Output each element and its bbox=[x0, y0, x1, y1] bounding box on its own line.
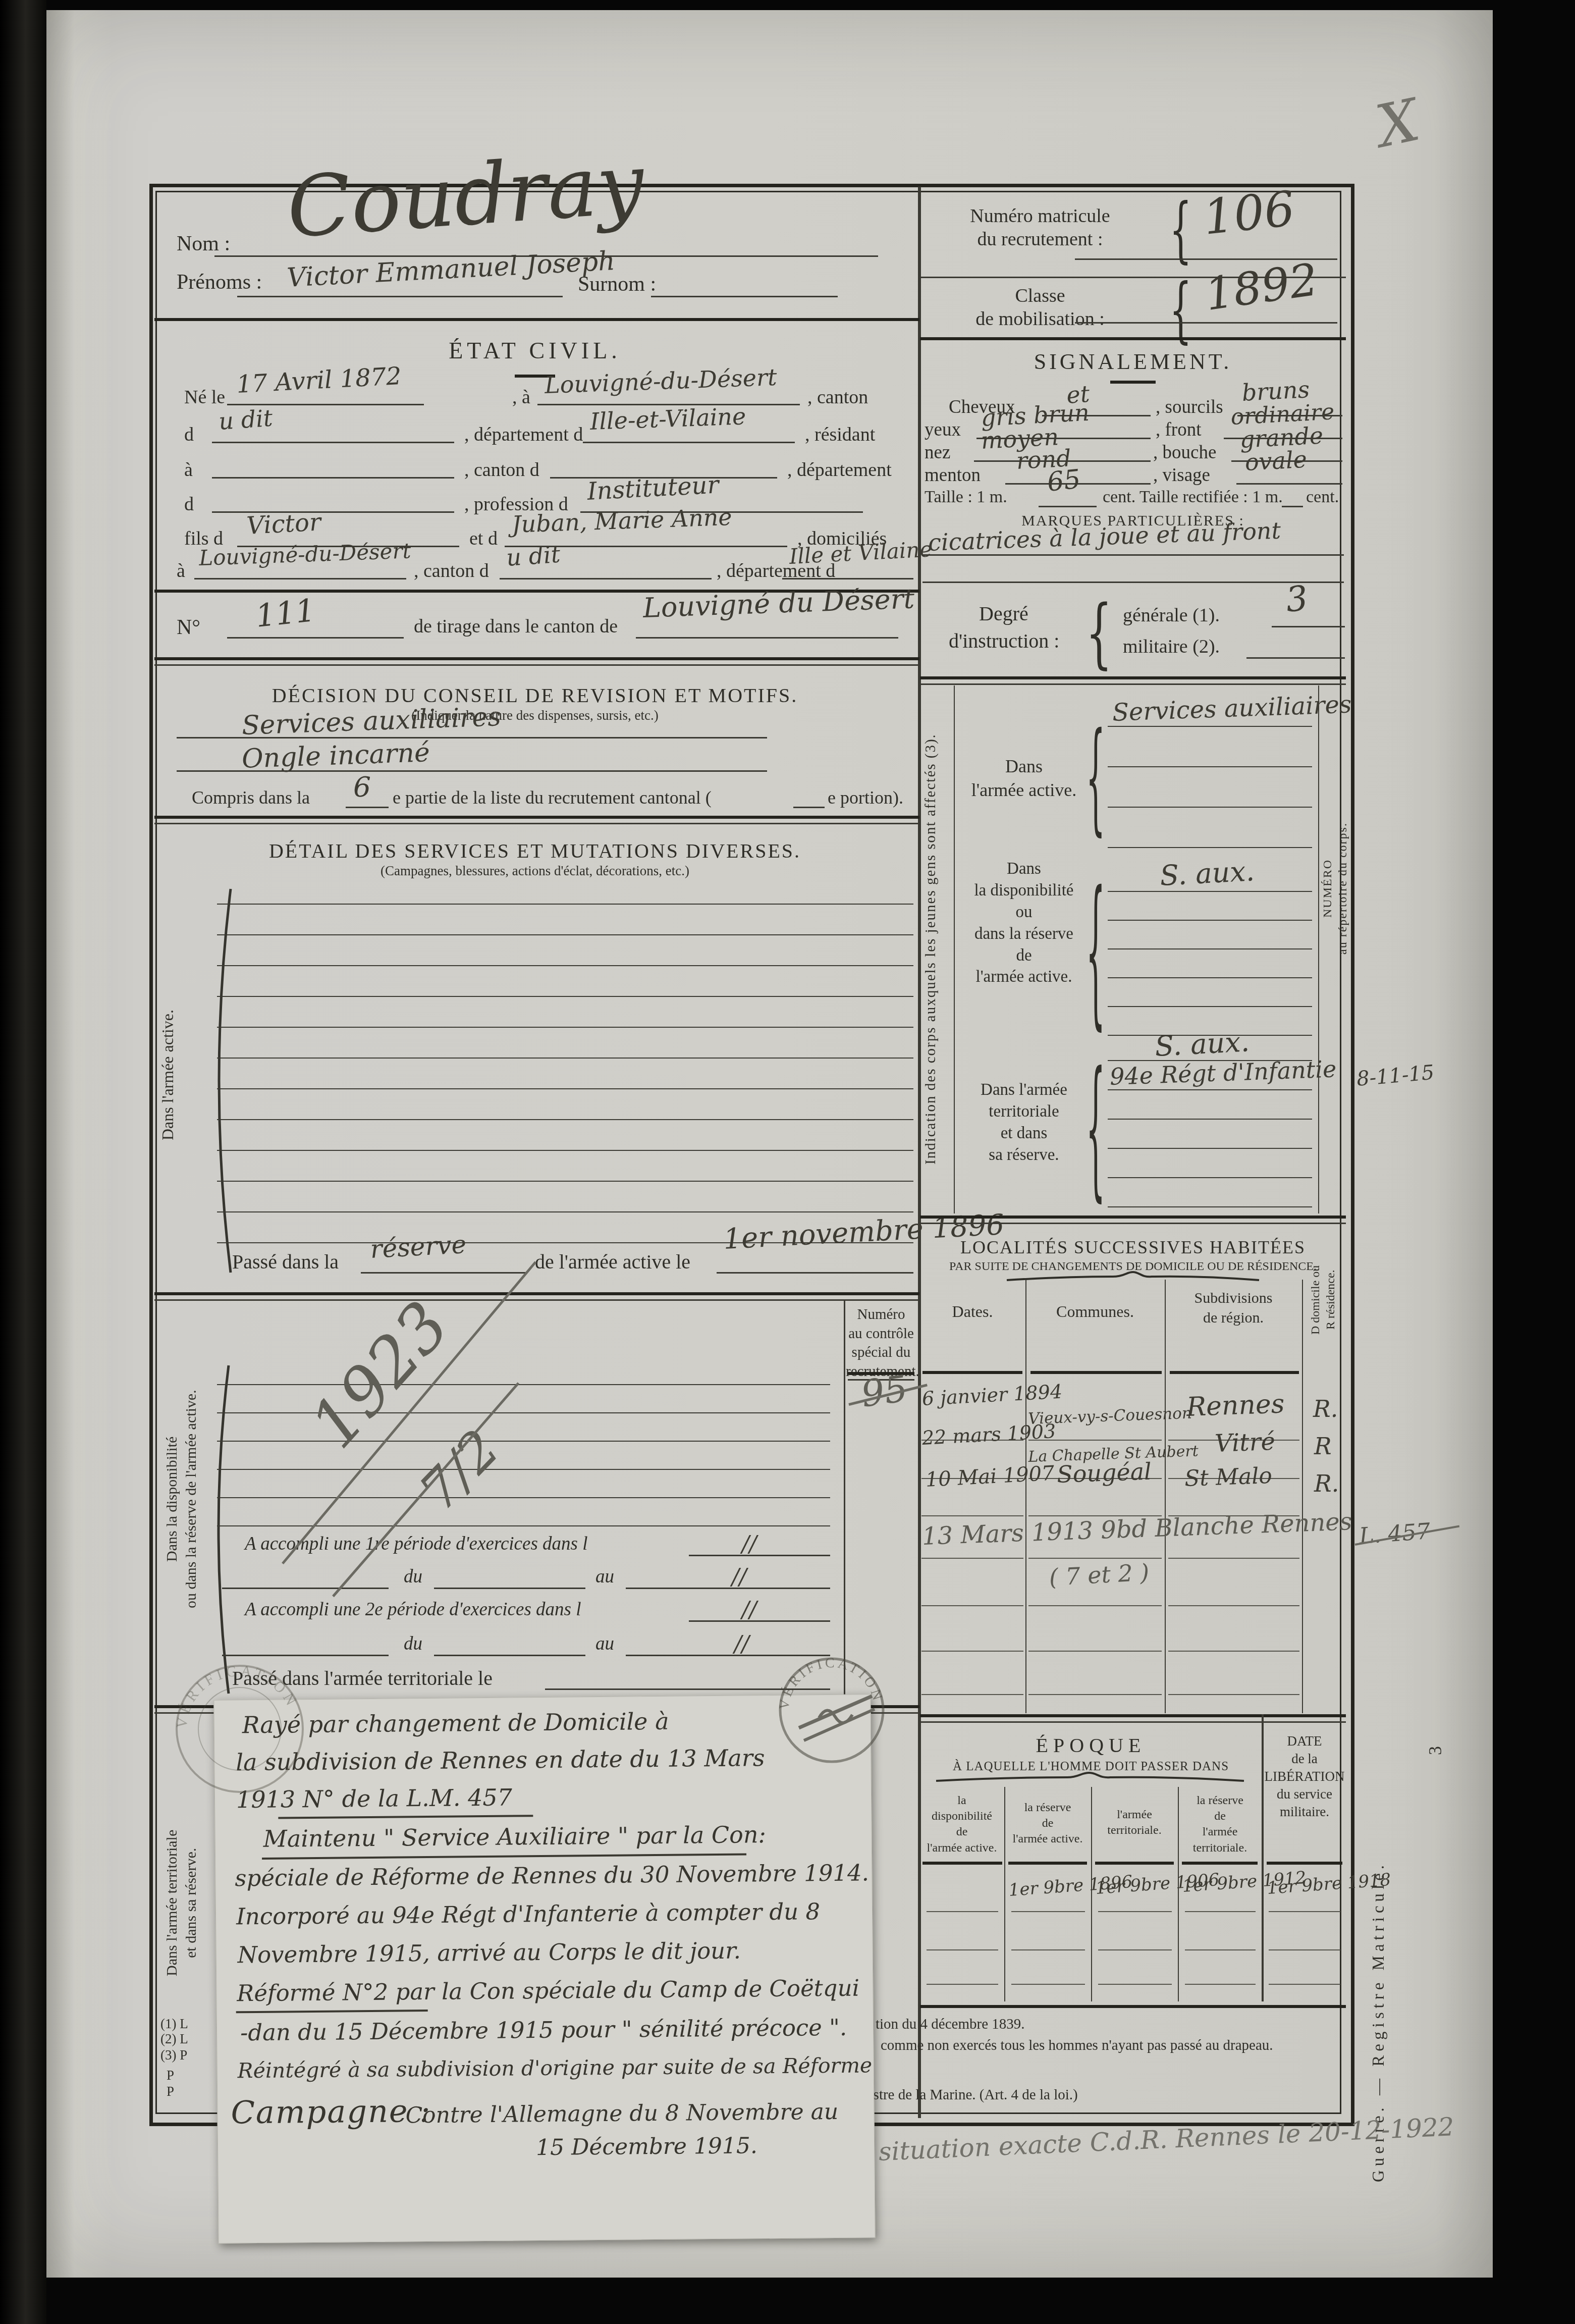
epoque-thick-border bbox=[1262, 1714, 1264, 2001]
epoque-col4-header: la réserve de l'armée territoriale. bbox=[1181, 1793, 1259, 1856]
rule bbox=[1272, 626, 1345, 627]
margin-vertical-label: Guerre. — Registre Matricule. bbox=[1369, 1736, 1397, 2307]
d-label: d bbox=[184, 425, 194, 444]
epoque-deco-rule bbox=[934, 1771, 1246, 1784]
book-spine bbox=[0, 0, 46, 2324]
rule bbox=[636, 637, 898, 639]
rule bbox=[1168, 1605, 1299, 1606]
epoque-col-border bbox=[1178, 1787, 1179, 2001]
rule bbox=[212, 442, 454, 443]
ditto-mark: // bbox=[732, 1566, 747, 1589]
rule bbox=[1185, 1949, 1256, 1950]
note-underline bbox=[278, 1815, 533, 1819]
rule bbox=[1098, 1949, 1172, 1950]
nez-label: nez bbox=[925, 443, 950, 462]
rule bbox=[1028, 1694, 1162, 1695]
rule bbox=[237, 296, 563, 297]
ditto-mark: // bbox=[734, 1633, 749, 1656]
corps-g3-value-1: S. aux. bbox=[1154, 1028, 1250, 1061]
pasted-annotation-note: Rayé par changement de Domicile à la sub… bbox=[213, 1694, 875, 2243]
rule bbox=[227, 637, 404, 639]
rule bbox=[1282, 506, 1303, 507]
note-line: Novembre 1915, arrivé au Corps le dit jo… bbox=[238, 1939, 741, 1967]
localites-col-subdiv: Subdivisions de région. bbox=[1167, 1288, 1300, 1328]
localites-col-border bbox=[1025, 1280, 1026, 1713]
rule bbox=[1168, 1651, 1299, 1652]
rule bbox=[583, 442, 795, 443]
section-divider-thin bbox=[154, 823, 919, 824]
section-divider bbox=[154, 1292, 919, 1295]
loc-row-subdiv: Vitré bbox=[1214, 1430, 1275, 1456]
epoque-title: ÉPOQUE bbox=[920, 1732, 1262, 1759]
rule bbox=[1075, 322, 1337, 324]
rule bbox=[717, 1272, 913, 1274]
residant-label: , résidant bbox=[805, 425, 875, 444]
rule bbox=[626, 1588, 830, 1589]
dept2-label: , département bbox=[787, 460, 892, 480]
matricule-label-1: Numéro matricule bbox=[921, 204, 1159, 229]
rule bbox=[1030, 1371, 1162, 1374]
rule bbox=[194, 578, 406, 579]
canton-label: , canton bbox=[807, 388, 868, 407]
note-campagne-value-2: 15 Décembre 1915. bbox=[536, 2135, 757, 2159]
note-line: spéciale de Réforme de Rennes du 30 Nove… bbox=[235, 1861, 869, 1889]
ne-le-label: Né le bbox=[184, 388, 225, 407]
signalement-title: SIGNALEMENT. bbox=[920, 347, 1346, 376]
loc-row5-note: ( 7 et 2 ) bbox=[1049, 1561, 1150, 1589]
note-line: la subdivision de Rennes en date du 13 M… bbox=[236, 1746, 765, 1774]
section-divider bbox=[920, 337, 1346, 340]
localites-col-dates: Dates. bbox=[921, 1301, 1023, 1323]
stamp-left: VÉRIFICATION bbox=[169, 1658, 310, 1800]
front-label: , front bbox=[1156, 420, 1201, 439]
corps-g1-brace: { bbox=[1086, 717, 1105, 838]
pere-value: Victor bbox=[246, 510, 321, 538]
matricule-value: 106 bbox=[1201, 185, 1297, 242]
stamp-right: VÉRIFICATION bbox=[771, 1650, 892, 1771]
a3-label: à bbox=[177, 561, 185, 580]
loc-row-subdiv: St Malo bbox=[1184, 1465, 1272, 1490]
note-campagne-label: Campagne : bbox=[231, 2095, 431, 2128]
rule bbox=[346, 807, 389, 808]
decision-title: DÉCISION DU CONSEIL DE REVISION ET MOTIF… bbox=[150, 682, 919, 709]
note-underline bbox=[236, 2010, 428, 2013]
section-divider-thin bbox=[154, 664, 919, 666]
generale-label: générale (1). bbox=[1123, 606, 1220, 625]
periode2-label: A accompli une 2e période d'exercices da… bbox=[245, 1600, 581, 1619]
note-underline bbox=[262, 1854, 746, 1860]
militaire-label: militaire (2). bbox=[1123, 637, 1220, 656]
taille-value: 65 bbox=[1046, 466, 1082, 496]
et-d-label: et d bbox=[469, 529, 498, 548]
sourcils-label: , sourcils bbox=[1156, 398, 1223, 416]
section-divider-thin bbox=[920, 1721, 1346, 1723]
taille-label: Taille : 1 m. bbox=[925, 489, 1007, 506]
du-label: du bbox=[404, 1634, 422, 1653]
rule bbox=[921, 1651, 1023, 1652]
rule bbox=[177, 737, 767, 738]
rule bbox=[1185, 1911, 1256, 1912]
rule bbox=[922, 582, 1344, 583]
rule bbox=[222, 1655, 389, 1656]
dept-value: Ille-et-Vilaine bbox=[589, 404, 746, 433]
nom-label: Nom : bbox=[177, 233, 230, 254]
menton-label: menton bbox=[925, 466, 981, 485]
rule bbox=[500, 578, 712, 579]
dept-label: , département d bbox=[464, 425, 583, 444]
prenoms-label: Prénoms : bbox=[177, 272, 262, 293]
passe-reserve-label-1: Passé dans la bbox=[232, 1252, 339, 1272]
instruction-label-1: Degré bbox=[979, 604, 1028, 624]
dispo-side-label: Dans la disponibilité ou dans la réserve… bbox=[162, 1312, 208, 1686]
corps-g1-label: Dans l'armée active. bbox=[956, 755, 1092, 802]
localites-title: LOCALITÉS SUCCESSIVES HABITÉES bbox=[920, 1236, 1346, 1259]
rule bbox=[1039, 506, 1097, 507]
epoque-col2-header: la réserve de l'armée active. bbox=[1007, 1800, 1088, 1847]
canton2-label: , canton d bbox=[464, 460, 539, 480]
note-line: Réformé N°2 par la Con spéciale du Camp … bbox=[237, 1977, 859, 2005]
rule bbox=[1028, 1651, 1162, 1652]
loc-row-dr: R. bbox=[1313, 1397, 1338, 1420]
rule bbox=[1028, 1605, 1162, 1606]
rule bbox=[1008, 1862, 1087, 1865]
passe-reserve-value-1: réserve bbox=[369, 1232, 467, 1262]
rule bbox=[927, 1911, 998, 1912]
epoque-col-border bbox=[1004, 1787, 1005, 2001]
epoque-bottom-rule bbox=[920, 2005, 1346, 2008]
bouche-label: , bouche bbox=[1153, 443, 1216, 462]
a-label: , à bbox=[512, 388, 530, 407]
instruction-label-2: d'instruction : bbox=[949, 631, 1059, 651]
canton-value: u dit bbox=[218, 406, 274, 433]
passe-reserve-label-2: de l'armée active le bbox=[535, 1252, 690, 1272]
note-line: Maintenu " Service Auxiliaire " par la C… bbox=[263, 1823, 767, 1851]
rule bbox=[922, 1371, 1022, 1374]
corps-g2-brace: { bbox=[1086, 871, 1105, 1032]
compris-label-2: e partie de la liste du recrutement cant… bbox=[393, 788, 712, 807]
rule bbox=[1170, 1371, 1299, 1374]
epoque-col3-header: l'armée territoriale. bbox=[1094, 1807, 1175, 1838]
tirage-text: de tirage dans le canton de bbox=[414, 617, 618, 636]
classe-label-1: Classe bbox=[921, 284, 1159, 308]
rule bbox=[1269, 1984, 1340, 1985]
rule bbox=[434, 1588, 585, 1589]
profession-value: Instituteur bbox=[586, 472, 719, 504]
footnote-2-right: comme non exercés tous les hommes n'ayan… bbox=[881, 2038, 1273, 2053]
rule bbox=[921, 1558, 1023, 1559]
repertoire-caption: NUMÉRO au répertoire du corps. bbox=[1320, 747, 1345, 1030]
du-label: du bbox=[404, 1567, 422, 1586]
surnom-label: Surnom : bbox=[578, 274, 656, 295]
visage-value: ovale bbox=[1244, 448, 1308, 474]
corps-g2-value: S. aux. bbox=[1159, 857, 1255, 890]
rule bbox=[1168, 1558, 1299, 1559]
note-line: -dan du 15 Décembre 1915 pour " sénilité… bbox=[240, 2016, 847, 2044]
footnote-5-left: P bbox=[167, 2085, 174, 2098]
loc-row-subdiv: Rennes bbox=[1186, 1391, 1285, 1420]
rule bbox=[922, 1862, 1002, 1865]
rule bbox=[1098, 1911, 1172, 1912]
corps-g1-lines bbox=[1108, 726, 1312, 849]
rule bbox=[1267, 1862, 1342, 1865]
note-line: Incorporé au 94e Régt d'Infanterie à com… bbox=[236, 1900, 820, 1928]
localites-deco-rule bbox=[1004, 1270, 1262, 1283]
scanned-register-page: X Nom : Coudray Prénoms : Victor Emmanue… bbox=[0, 0, 1575, 2324]
canton3-label: , canton d bbox=[414, 561, 489, 580]
canton3-value: u dit bbox=[506, 543, 561, 569]
corps-g3-label: Dans l'armée territoriale et dans sa rés… bbox=[956, 1079, 1092, 1166]
epoque-col1-header: la disponibilité de l'armée active. bbox=[921, 1793, 1002, 1856]
compris-value: 6 bbox=[353, 773, 371, 801]
rule bbox=[793, 807, 825, 808]
rule bbox=[689, 1620, 830, 1622]
svg-text:VÉRIFICATION: VÉRIFICATION bbox=[776, 1655, 886, 1711]
column-divider bbox=[918, 187, 921, 2118]
section-divider-thin bbox=[154, 1299, 919, 1301]
localites-col-border bbox=[1165, 1280, 1166, 1713]
rule bbox=[1182, 1862, 1258, 1865]
rule bbox=[927, 1949, 998, 1950]
rule bbox=[689, 1555, 830, 1556]
rule bbox=[361, 1272, 527, 1274]
section-divider bbox=[920, 1216, 1346, 1219]
rule bbox=[1168, 1694, 1299, 1695]
au-label: au bbox=[595, 1567, 614, 1586]
rule bbox=[782, 578, 913, 579]
tirage-no-value: 111 bbox=[254, 595, 317, 632]
controle-column-border bbox=[844, 1299, 845, 1705]
title-dash bbox=[1110, 381, 1156, 384]
decision-value-2: Ongle incarné bbox=[241, 740, 430, 772]
section-divider-thin bbox=[920, 683, 1346, 685]
section-divider bbox=[920, 1714, 1346, 1717]
footnote-2-left: (2) L bbox=[160, 2032, 188, 2046]
margin-page-number: 3 bbox=[1424, 1735, 1446, 1766]
ditto-mark: // bbox=[742, 1599, 757, 1621]
corps-side-caption: Indication des corps auxquels les jeunes… bbox=[921, 686, 951, 1211]
nom-value: Coudray bbox=[284, 142, 646, 250]
instruction-brace: { bbox=[1085, 596, 1112, 671]
compris-label-3: e portion). bbox=[828, 788, 903, 807]
detail-ruled-lines bbox=[217, 904, 913, 1244]
au-label: au bbox=[595, 1634, 614, 1653]
loc-row-dr: R. bbox=[1314, 1472, 1339, 1495]
rule bbox=[927, 1984, 998, 1985]
etat-civil-title: ÉTAT CIVIL. bbox=[150, 336, 919, 366]
detail-side-label: Dans l'armée active. bbox=[157, 934, 180, 1217]
generale-value: 3 bbox=[1284, 582, 1310, 618]
corps-g2-lines bbox=[1108, 891, 1312, 1036]
rule bbox=[1011, 1984, 1085, 1985]
rule bbox=[1011, 1911, 1085, 1912]
localites-dr-caption: D domicile ou R résidence. bbox=[1308, 1232, 1344, 1368]
rule bbox=[922, 554, 1344, 556]
corps-g3-brace: { bbox=[1086, 1052, 1105, 1204]
taille-rectifiee-label: cent. Taille rectifiée : 1 m. bbox=[1103, 489, 1283, 506]
footnote-1-right: tion du 4 décembre 1839. bbox=[876, 2017, 1025, 2032]
footnote-3-left: (3) P bbox=[160, 2048, 187, 2062]
a2-label: à bbox=[184, 460, 193, 480]
loc-row-dr: R bbox=[1314, 1435, 1332, 1458]
tirage-no-label: N° bbox=[177, 617, 200, 638]
visage-label: , visage bbox=[1153, 466, 1210, 485]
corps-caption-border bbox=[954, 685, 955, 1213]
section-divider bbox=[154, 657, 919, 660]
rule bbox=[1185, 1984, 1256, 1985]
rule bbox=[1246, 657, 1345, 659]
classe-brace: { bbox=[1169, 275, 1192, 346]
yeux-label: yeux bbox=[925, 420, 961, 439]
rule bbox=[212, 477, 454, 479]
d2-label: d bbox=[184, 495, 194, 514]
compris-label-1: Compris dans la bbox=[192, 788, 310, 807]
section-divider bbox=[154, 816, 919, 819]
rule bbox=[177, 770, 767, 772]
rule bbox=[434, 1655, 585, 1656]
note-campagne-value: Contre l'Allemagne du 8 Novembre au bbox=[405, 2101, 838, 2127]
epoque-date-header: DATE de la LIBÉRATION du service militai… bbox=[1264, 1732, 1345, 1821]
detail-subtitle: (Campagnes, blessures, actions d'éclat, … bbox=[150, 862, 919, 880]
repertoire-column-border bbox=[1318, 685, 1319, 1213]
rule bbox=[1269, 1949, 1340, 1950]
footnote-4-right: inistre de la Marine. (Art. 4 de la loi.… bbox=[858, 2088, 1078, 2102]
stamp-right-text: VÉRIFICATION bbox=[776, 1655, 886, 1711]
rule bbox=[651, 296, 838, 297]
mere-value: Juban, Marie Anne bbox=[511, 505, 732, 536]
localites-col-border bbox=[1302, 1280, 1303, 1713]
matricule-brace: { bbox=[1169, 195, 1192, 266]
periode1-label: A accompli une 1re période d'exercices d… bbox=[245, 1535, 588, 1553]
rule bbox=[1236, 483, 1342, 485]
localites-col-communes: Communes. bbox=[1027, 1301, 1163, 1323]
rule bbox=[1095, 1862, 1174, 1865]
rule bbox=[1011, 1949, 1085, 1950]
rule bbox=[1098, 1984, 1172, 1985]
rule bbox=[921, 1605, 1023, 1606]
section-divider-thin bbox=[920, 1223, 1346, 1224]
classe-label-2: de mobilisation : bbox=[921, 307, 1159, 332]
cent-label: cent. bbox=[1306, 489, 1339, 506]
section-divider bbox=[154, 318, 919, 321]
loc-row-commune: Sougéal bbox=[1056, 1459, 1152, 1486]
matricule-label-2: du recrutement : bbox=[921, 227, 1159, 252]
corps-g2-label: Dans la disponibilité ou dans la réserve… bbox=[956, 858, 1092, 988]
section-divider bbox=[920, 676, 1346, 679]
rule bbox=[921, 1515, 1023, 1516]
stamp-left-text: VÉRIFICATION bbox=[173, 1662, 301, 1729]
footnote-4-left: P bbox=[167, 2069, 174, 2082]
rule bbox=[921, 1694, 1023, 1695]
ditto-mark: // bbox=[742, 1534, 757, 1556]
note-line: Réintégré à sa subdivision d'origine par… bbox=[238, 2055, 873, 2081]
svg-text:VÉRIFICATION: VÉRIFICATION bbox=[173, 1662, 301, 1729]
rule bbox=[1269, 1911, 1340, 1912]
r ule bbox=[222, 1588, 389, 1589]
footnote-1-left: (1) L bbox=[160, 2017, 188, 2031]
detail-title: DÉTAIL DES SERVICES ET MUTATIONS DIVERSE… bbox=[150, 838, 919, 864]
